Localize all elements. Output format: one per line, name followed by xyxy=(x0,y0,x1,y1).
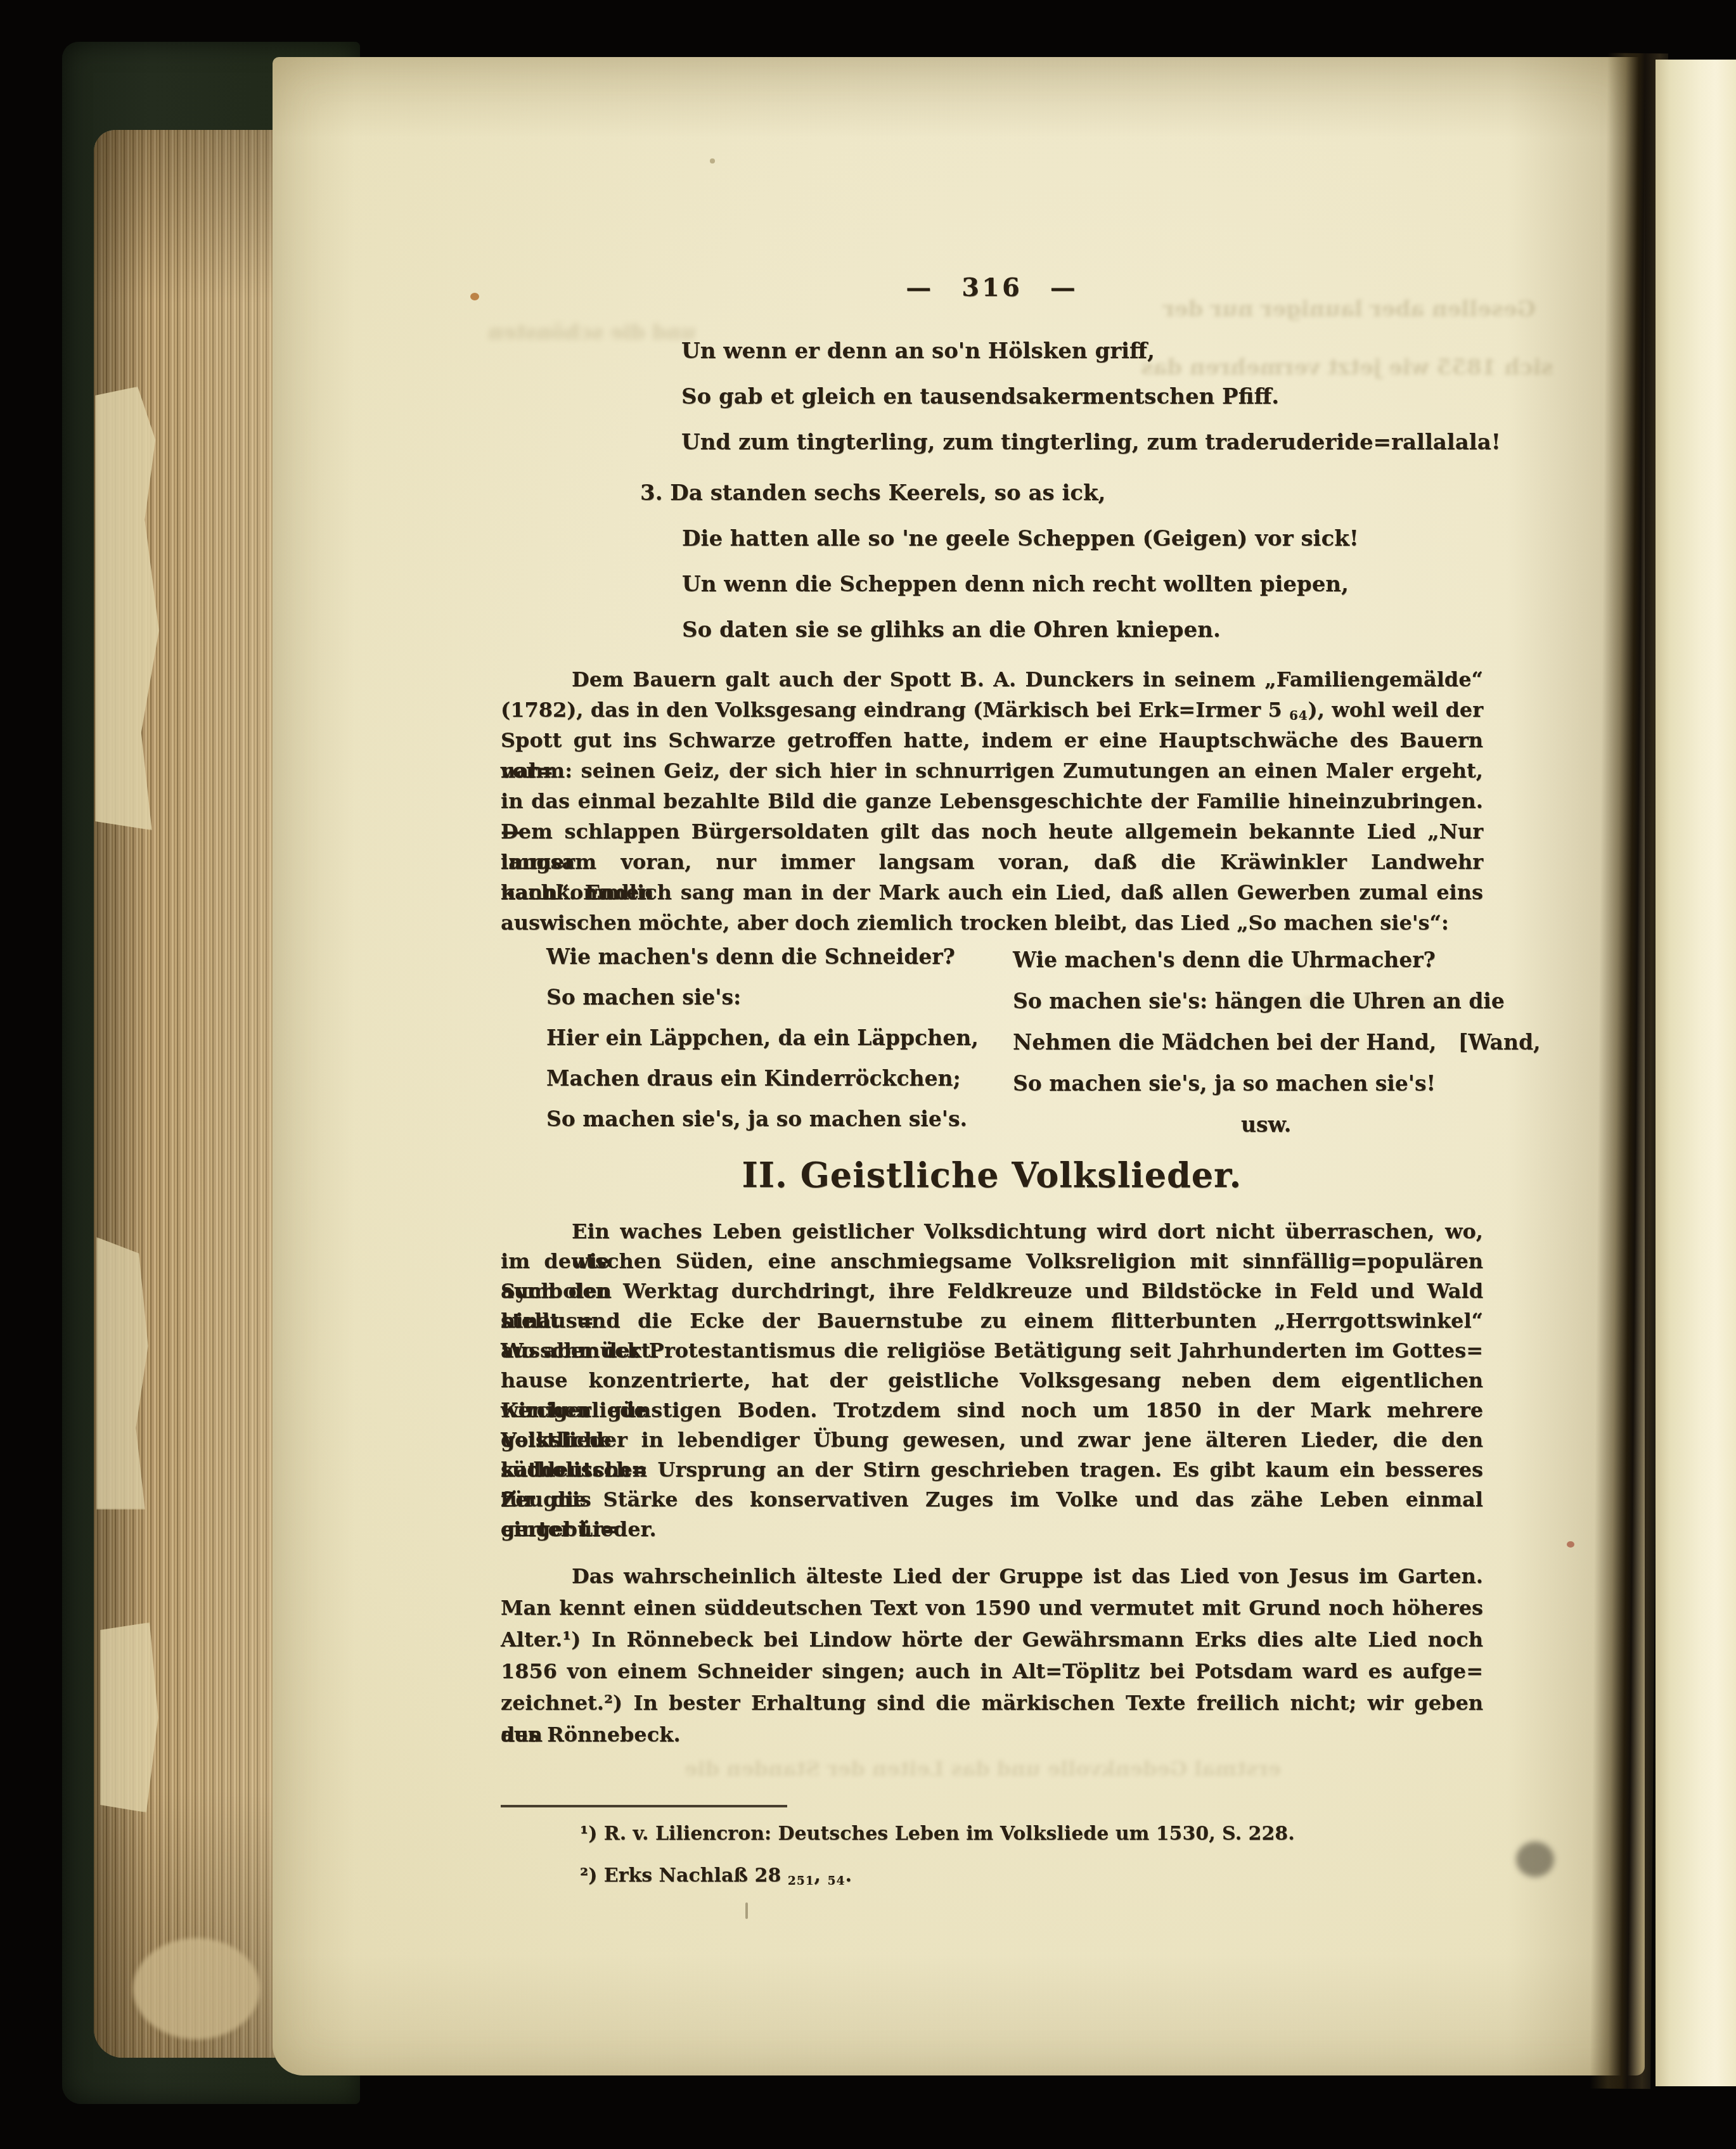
paper-smudge xyxy=(1516,1842,1554,1877)
page-header: — 316 — xyxy=(875,273,1109,302)
body-line: für die Stärke des konservativen Zuges i… xyxy=(501,1485,1483,1515)
header-dash-left: — xyxy=(906,273,934,302)
body-line: zeichnet.²) In bester Erhaltung sind die… xyxy=(501,1687,1483,1719)
song-line: So machen sie's, ja so machen sie's! xyxy=(1013,1063,1541,1104)
body-line: Volkslieder in lebendiger Übung gewesen,… xyxy=(501,1425,1483,1455)
body-line: im deutschen Süden, eine anschmiegsame V… xyxy=(501,1247,1483,1276)
verse-line: Un wenn er denn an so'n Hölsken griff, xyxy=(681,328,1501,374)
body-line: gerter Lieder. xyxy=(501,1515,1483,1544)
paper-speck xyxy=(1567,1541,1574,1548)
body-line: auswischen möchte, aber doch ziemlich tr… xyxy=(501,908,1483,938)
bleedthrough-text: erstmal Gedenkvolle und das Leiten der S… xyxy=(685,1757,1281,1781)
body-line: katholischen Ursprung an der Stirn gesch… xyxy=(501,1455,1483,1485)
body-line: aus Rönnebeck. xyxy=(501,1719,1483,1750)
reference-subscript: 54 xyxy=(828,1875,845,1888)
footnote-text: ²) Erks Nachlaß 28 xyxy=(580,1864,788,1887)
song-column-left: Wie machen's denn die Schneider? So mach… xyxy=(546,937,979,1139)
song-column-right: Wie machen's denn die Uhrmacher? So mach… xyxy=(1013,939,1541,1145)
song-line: Nehmen die Mädchen bei der Hand, [Wand, xyxy=(1013,1022,1541,1063)
bleedthrough-text: und die schönsten xyxy=(488,320,696,344)
paragraph-1: Dem Bauern galt auch der Spott B. A. Dun… xyxy=(501,664,1483,938)
song-line-etc: usw. xyxy=(1013,1104,1541,1145)
body-line: Das wahrscheinlich älteste Lied der Grup… xyxy=(501,1560,1483,1592)
body-line: hause konzentrierte, hat der geistliche … xyxy=(501,1366,1483,1395)
body-line: auch den Werktag durchdringt, ihre Feldk… xyxy=(501,1276,1483,1306)
stack-bottom-patch xyxy=(133,1938,260,2039)
facing-page-edge xyxy=(1656,60,1736,2086)
verse-continuation: Un wenn er denn an so'n Hölsken griff, S… xyxy=(681,328,1501,465)
verse-line: 3. Da standen sechs Keerels, so as ick, xyxy=(640,470,1359,516)
footnote-line: ²) Erks Nachlaß 28 251, 54. xyxy=(580,1862,852,1890)
paragraph-2: Ein waches Leben geistlicher Volksdichtu… xyxy=(501,1217,1483,1544)
reference-subscript: 64 xyxy=(1289,708,1308,723)
verse-line-text: Da standen sechs Keerels, so as ick, xyxy=(670,480,1105,506)
verse-number: 3. xyxy=(640,480,670,506)
song-line: Wie machen's denn die Uhrmacher? xyxy=(1013,939,1541,980)
body-line: Ein waches Leben geistlicher Volksdichtu… xyxy=(501,1217,1483,1247)
footnote-rule xyxy=(501,1805,787,1807)
footnote-line: ¹) R. v. Liliencron: Deutsches Leben im … xyxy=(580,1820,1295,1848)
body-line: Dem Bauern galt auch der Spott B. A. Dun… xyxy=(501,664,1483,695)
body-line: nahm: seinen Geiz, der sich hier in schn… xyxy=(501,755,1483,786)
verse-line: So gab et gleich en tausendsakermentsche… xyxy=(681,374,1501,420)
song-line: So machen sie's: hängen die Uhren an die xyxy=(1013,980,1541,1022)
paragraph-3: Das wahrscheinlich älteste Lied der Grup… xyxy=(501,1560,1483,1750)
footnote-2: ²) Erks Nachlaß 28 251, 54. xyxy=(580,1862,852,1890)
song-line: So machen sie's: xyxy=(546,977,979,1018)
verse-line: Un wenn die Scheppen denn nich recht wol… xyxy=(640,561,1359,607)
bleedthrough-text: Gesellen aber launiger nur der xyxy=(1163,297,1536,322)
section-heading: II. Geistliche Volkslieder. xyxy=(504,1155,1480,1195)
header-dash-right: — xyxy=(1050,273,1078,302)
verse-3: 3. Da standen sechs Keerels, so as ick, … xyxy=(640,470,1359,653)
body-line-text: (1782), das in den Volksgesang eindrang … xyxy=(501,698,1289,722)
verse-line: Und zum tingterling, zum tingterling, zu… xyxy=(681,420,1501,465)
footnote-text: , xyxy=(814,1864,828,1887)
paper-speck xyxy=(470,293,479,300)
body-line: langsam voran, nur immer langsam voran, … xyxy=(501,847,1483,877)
body-line: 1856 von einem Schneider singen; auch in… xyxy=(501,1655,1483,1687)
song-line: Machen draus ein Kinderröckchen; xyxy=(546,1058,979,1099)
body-line: Dem schlappen Bürgersoldaten gilt das no… xyxy=(501,816,1483,847)
paper-mark xyxy=(745,1902,748,1919)
body-line: Spott gut ins Schwarze getroffen hatte, … xyxy=(501,725,1483,755)
footnote-text: . xyxy=(845,1864,851,1887)
footnote-1: ¹) R. v. Liliencron: Deutsches Leben im … xyxy=(580,1820,1295,1848)
song-line: Hier ein Läppchen, da ein Läppchen, xyxy=(546,1018,979,1058)
song-line: So machen sie's, ja so machen sie's. xyxy=(546,1099,979,1139)
paper-speck xyxy=(710,158,715,164)
body-line: Alter.¹) In Rönnebeck bei Lindow hörte d… xyxy=(501,1624,1483,1655)
body-line: kann“. Endlich sang man in der Mark auch… xyxy=(501,877,1483,908)
body-line: stellt und die Ecke der Bauernstube zu e… xyxy=(501,1306,1483,1336)
body-line-text: ), wohl weil der xyxy=(1308,698,1483,722)
verse-line: So daten sie se glihks an die Ohren knie… xyxy=(640,607,1359,653)
song-line: Wie machen's denn die Schneider? xyxy=(546,937,979,977)
body-line: weniger günstigen Boden. Trotzdem sind n… xyxy=(501,1395,1483,1425)
body-line: in das einmal bezahlte Bild die ganze Le… xyxy=(501,786,1483,816)
reference-subscript: 251 xyxy=(788,1875,814,1888)
body-line: Wo aber der Protestantismus die religiös… xyxy=(501,1336,1483,1366)
body-line: Man kennt einen süddeutschen Text von 15… xyxy=(501,1592,1483,1624)
book-scan-scene: Gesellen aber launiger nur der sich 1855… xyxy=(0,0,1736,2149)
verse-line: Die hatten alle so 'ne geele Scheppen (G… xyxy=(640,516,1359,561)
body-line: (1782), das in den Volksgesang eindrang … xyxy=(501,695,1483,725)
page-number: 316 xyxy=(945,273,1039,302)
